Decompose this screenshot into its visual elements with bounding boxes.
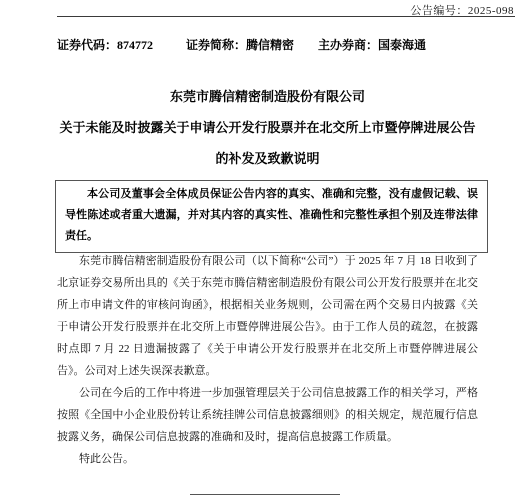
company-name-title: 东莞市腾信精密制造股份有限公司 <box>57 81 478 112</box>
announcement-title-line2: 的补发及致歉说明 <box>57 143 478 174</box>
board-guarantee-box: 本公司及董事会全体成员保证公告内容的真实、准确和完整，没有虚假记载、误导性陈述或… <box>55 180 488 253</box>
securities-code: 证券代码：874772 <box>57 36 153 53</box>
announcement-title-line1: 关于未能及时披露关于申请公开发行股票并在北交所上市暨停牌进展公告 <box>57 112 478 143</box>
board-guarantee-text: 本公司及董事会全体成员保证公告内容的真实、准确和完整，没有虚假记载、误导性陈述或… <box>65 184 478 247</box>
securities-info-row: 证券代码：874772 证券简称：腾信精密 主办券商：国泰海通 <box>57 36 478 53</box>
securities-short-name: 证券简称：腾信精密 <box>186 36 294 53</box>
body-paragraph-1: 东莞市腾信精密制造股份有限公司（以下简称“公司”）于 2025 年 7 月 18… <box>57 250 478 382</box>
announcement-document-page: 公告编号：2025-098 证券代码：874772 证券简称：腾信精密 主办券商… <box>0 0 517 500</box>
closing-statement: 特此公告。 <box>57 448 478 470</box>
header-divider-line <box>57 16 515 17</box>
sponsor-broker: 主办券商：国泰海通 <box>318 36 426 53</box>
bottom-divider-line <box>190 494 340 495</box>
body-paragraph-2: 公司在今后的工作中将进一步加强管理层关于公司信息披露工作的相关学习，严格按照《全… <box>57 382 478 448</box>
document-title-block: 东莞市腾信精密制造股份有限公司 关于未能及时披露关于申请公开发行股票并在北交所上… <box>57 81 478 174</box>
announcement-body: 东莞市腾信精密制造股份有限公司（以下简称“公司”）于 2025 年 7 月 18… <box>57 250 478 470</box>
